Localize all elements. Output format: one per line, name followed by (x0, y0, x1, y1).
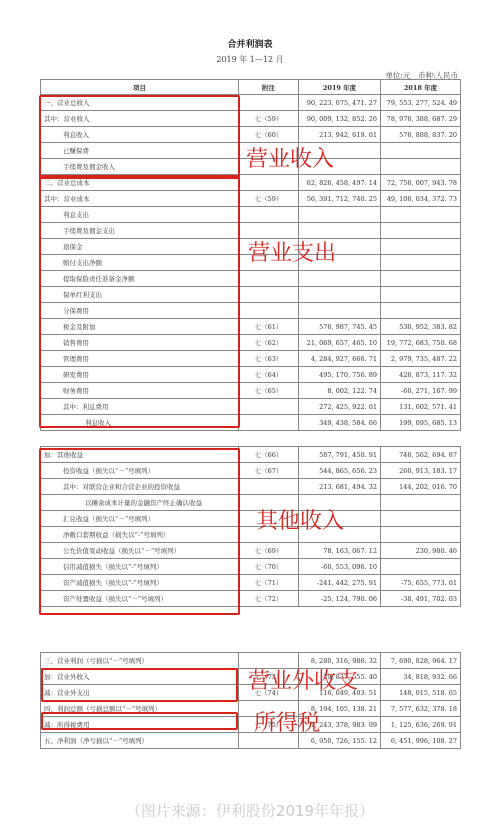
row-value-2018: 7, 577, 632, 378. 18 (381, 701, 461, 717)
row-note: 七（61） (239, 319, 299, 335)
row-value-2018: 530, 952, 383. 82 (381, 319, 461, 335)
row-value-2018: 72, 756, 007, 943. 78 (381, 175, 461, 191)
table-row: 提取保险责任准备金净额 (41, 271, 461, 287)
table-row: 分保费用 (41, 303, 461, 319)
row-note: 七（67） (239, 463, 299, 479)
table-row: 信用减值损失（损失以“-”号填列）七（70）-60, 553, 096. 10 (41, 559, 461, 575)
table-row: 资产减值损失（损失以“-”号填列）七（71）-241, 442, 275. 91… (41, 575, 461, 591)
row-value-2019: 21, 069, 657, 465. 10 (299, 335, 381, 351)
row-item-label: 退保金 (41, 239, 239, 255)
annotation-income-tax: 所得税 (254, 706, 320, 737)
table-row: 加：其他收益七（66）587, 791, 450. 91746, 562, 69… (41, 447, 461, 463)
table-row: 销售费用七（62）21, 069, 657, 465. 1019, 772, 6… (41, 335, 461, 351)
table-row: 减：所得税费用七（75）1, 243, 378, 983. 091, 125, … (41, 717, 461, 733)
statement-title: 合并利润表 (0, 37, 500, 50)
row-value-2018 (381, 143, 461, 159)
row-value-2019: 213, 681, 494. 32 (299, 479, 381, 495)
row-value-2018 (381, 207, 461, 223)
annotation-other-income: 其他收入 (256, 504, 344, 535)
table-header-row: 项目 附注 2019 年度 2018 年度 (41, 80, 461, 95)
row-value-2018 (381, 527, 461, 543)
table-row: 二、营业总成本82, 826, 458, 497. 1472, 756, 007… (41, 175, 461, 191)
row-value-2019 (299, 303, 381, 319)
row-item-label: 税金及附加 (41, 319, 239, 335)
row-item-label: 提取保险责任准备金净额 (41, 271, 239, 287)
table-row: 财务费用七（65）8, 002, 122. 74-60, 271, 167. 9… (41, 383, 461, 399)
row-note (239, 271, 299, 287)
annotation-operating-expense: 营业支出 (248, 236, 336, 267)
row-item-label: 销售费用 (41, 335, 239, 351)
header-note: 附注 (239, 80, 299, 95)
row-item-label: 减：所得税费用 (41, 717, 239, 733)
row-item-label: 赔付支出净额 (41, 255, 239, 271)
row-value-2019: 495, 170, 756. 89 (299, 367, 381, 383)
header-item: 项目 (41, 80, 239, 95)
row-item-label: 其中：营业收入 (41, 111, 239, 127)
row-item-label: 净敞口套期收益（损失以“-”号填列） (41, 527, 239, 543)
table-row: 资产处置收益（损失以“－”号填列）七（72）-25, 124, 790. 06-… (41, 591, 461, 607)
row-value-2019: 213, 942, 619. 01 (299, 127, 381, 143)
table-row: 其中：利息费用272, 425, 922. 01131, 602, 571. 4… (41, 399, 461, 415)
row-item-label: 五、净利润（净亏损以“－”号填列） (41, 733, 239, 749)
row-value-2018: 1, 125, 636, 269. 91 (381, 717, 461, 733)
row-note: 七（65） (239, 383, 299, 399)
table-row: 研发费用七（64）495, 170, 756. 89426, 873, 117.… (41, 367, 461, 383)
row-note: 七（59） (239, 191, 299, 207)
statement-period: 2019 年 1—12 月 (0, 54, 500, 65)
row-item-label: 管理费用 (41, 351, 239, 367)
row-item-label: 资产处置收益（损失以“－”号填列） (41, 591, 239, 607)
row-item-label: 利息支出 (41, 207, 239, 223)
row-item-label: 投资收益（损失以“－”号填列） (41, 463, 239, 479)
row-value-2018: -38, 491, 702. 03 (381, 591, 461, 607)
row-value-2019: -25, 124, 790. 06 (299, 591, 381, 607)
table-row: 以摊余成本计量的金融资产终止确认收益 (41, 495, 461, 511)
table-row: 利息收入349, 438, 584. 66199, 095, 685. 13 (41, 415, 461, 431)
row-item-label: 其中：营业成本 (41, 191, 239, 207)
row-value-2018: 199, 095, 685. 13 (381, 415, 461, 431)
row-value-2018: 34, 818, 932. 66 (381, 669, 461, 685)
row-note: 七（69） (239, 543, 299, 559)
row-item-label: 利息收入 (41, 415, 239, 431)
row-note (239, 303, 299, 319)
row-item-label: 信用减值损失（损失以“-”号填列） (41, 559, 239, 575)
row-note: 七（60） (239, 127, 299, 143)
row-value-2018: -60, 271, 167. 99 (381, 383, 461, 399)
table-row: 利息支出 (41, 207, 461, 223)
row-note (239, 287, 299, 303)
row-value-2018 (381, 303, 461, 319)
row-value-2019: -60, 553, 096. 10 (299, 559, 381, 575)
table-row: 汇兑收益（损失以“－”号填列） (41, 511, 461, 527)
row-value-2019: 78, 163, 067. 12 (299, 543, 381, 559)
row-note: 七（63） (239, 351, 299, 367)
table-row: 保单红利支出 (41, 287, 461, 303)
row-value-2019: 576, 987, 745. 45 (299, 319, 381, 335)
row-value-2019: -241, 442, 275. 91 (299, 575, 381, 591)
annotation-non-operating: 营业外收支 (248, 664, 358, 695)
row-item-label: 加：其他收益 (41, 447, 239, 463)
table-row: 管理费用七（63）4, 284, 927, 666. 712, 979, 735… (41, 351, 461, 367)
row-value-2018 (381, 239, 461, 255)
row-note: 七（72） (239, 591, 299, 607)
row-value-2019: 56, 391, 712, 740. 25 (299, 191, 381, 207)
table-row: 一、营业总收入90, 223, 075, 471. 2779, 553, 277… (41, 95, 461, 111)
row-note: 七（59） (239, 111, 299, 127)
header-2019: 2019 年度 (299, 80, 381, 95)
row-note: 七（71） (239, 575, 299, 591)
row-item-label: 以摊余成本计量的金融资产终止确认收益 (41, 495, 239, 511)
row-note: 七（64） (239, 367, 299, 383)
row-note (239, 415, 299, 431)
annotation-operating-income: 营业收入 (246, 142, 334, 173)
row-item-label: 保单红利支出 (41, 287, 239, 303)
row-value-2019: 349, 438, 584. 66 (299, 415, 381, 431)
row-value-2018: 230, 980. 46 (381, 543, 461, 559)
row-note: 七（70） (239, 559, 299, 575)
table-row: 其中：对联营企业和合营企业的投资收益213, 681, 494. 32144, … (41, 479, 461, 495)
table-row: 四、利润总额（亏损总额以“－”号填列）8, 194, 105, 138. 217… (41, 701, 461, 717)
row-item-label: 四、利润总额（亏损总额以“－”号填列） (41, 701, 239, 717)
row-note (239, 479, 299, 495)
row-note (239, 175, 299, 191)
row-value-2018 (381, 511, 461, 527)
row-value-2019 (299, 207, 381, 223)
row-value-2018 (381, 559, 461, 575)
row-item-label: 二、营业总成本 (41, 175, 239, 191)
row-item-label: 其中：利息费用 (41, 399, 239, 415)
row-note (239, 207, 299, 223)
row-note (239, 399, 299, 415)
row-value-2018: 131, 602, 571. 41 (381, 399, 461, 415)
row-value-2018 (381, 495, 461, 511)
row-value-2018: 148, 015, 518. 65 (381, 685, 461, 701)
row-item-label: 已赚保费 (41, 143, 239, 159)
row-item-label: 其中：对联营企业和合营企业的投资收益 (41, 479, 239, 495)
table-row: 投资收益（损失以“－”号填列）七（67）544, 865, 656. 23260… (41, 463, 461, 479)
row-value-2019: 90, 009, 132, 852. 26 (299, 111, 381, 127)
row-item-label: 加：营业外收入 (41, 669, 239, 685)
row-value-2018: 7, 690, 828, 964. 17 (381, 653, 461, 669)
row-value-2018: 78, 976, 388, 687. 29 (381, 111, 461, 127)
table-row: 其中：营业收入七（59）90, 009, 132, 852. 2678, 976… (41, 111, 461, 127)
row-value-2019: 272, 425, 922. 01 (299, 399, 381, 415)
image-source-caption: （图片来源：伊利股份2019年年报） (0, 800, 500, 821)
table-row: 公允价值变动收益（损失以“－”号填列）七（69）78, 163, 067. 12… (41, 543, 461, 559)
row-value-2019: 544, 865, 656. 23 (299, 463, 381, 479)
row-value-2018: -75, 655, 773. 01 (381, 575, 461, 591)
row-item-label: 利息收入 (41, 127, 239, 143)
table-row: 利息收入七（60）213, 942, 619. 01576, 888, 837.… (41, 127, 461, 143)
row-item-label: 一、营业总收入 (41, 95, 239, 111)
income-statement-table-other: 加：其他收益七（66）587, 791, 450. 91746, 562, 69… (40, 446, 461, 607)
row-item-label: 分保费用 (41, 303, 239, 319)
row-value-2018: 6, 451, 996, 108. 27 (381, 733, 461, 749)
row-value-2019: 8, 002, 122. 74 (299, 383, 381, 399)
row-item-label: 研发费用 (41, 367, 239, 383)
row-value-2018 (381, 223, 461, 239)
row-value-2018: 2, 979, 735, 487. 22 (381, 351, 461, 367)
row-value-2019 (299, 287, 381, 303)
row-value-2018: 19, 772, 683, 750. 68 (381, 335, 461, 351)
header-2018: 2018 年度 (381, 80, 461, 95)
row-value-2018: 79, 553, 277, 524. 49 (381, 95, 461, 111)
row-value-2019: 82, 826, 458, 497. 14 (299, 175, 381, 191)
row-item-label: 减：营业外支出 (41, 685, 239, 701)
row-item-label: 财务费用 (41, 383, 239, 399)
row-item-label: 公允价值变动收益（损失以“－”号填列） (41, 543, 239, 559)
row-value-2018: 426, 873, 117. 32 (381, 367, 461, 383)
row-value-2019 (299, 271, 381, 287)
row-note: 七（66） (239, 447, 299, 463)
row-value-2019: 90, 223, 075, 471. 27 (299, 95, 381, 111)
row-value-2018: 576, 888, 837. 20 (381, 127, 461, 143)
row-value-2018: 49, 106, 034, 372. 73 (381, 191, 461, 207)
row-note: 七（62） (239, 335, 299, 351)
row-value-2018 (381, 159, 461, 175)
row-value-2019: 4, 284, 927, 666. 71 (299, 351, 381, 367)
row-value-2018: 746, 562, 694. 87 (381, 447, 461, 463)
row-note (239, 95, 299, 111)
table-row: 净敞口套期收益（损失以“-”号填列） (41, 527, 461, 543)
row-value-2018 (381, 255, 461, 271)
row-value-2018 (381, 271, 461, 287)
row-item-label: 资产减值损失（损失以“-”号填列） (41, 575, 239, 591)
row-item-label: 手续费及佣金收入 (41, 159, 239, 175)
row-value-2019: 587, 791, 450. 91 (299, 447, 381, 463)
row-item-label: 手续费及佣金支出 (41, 223, 239, 239)
row-item-label: 三、营业利润（亏损以“－”号填列） (41, 653, 239, 669)
table-row: 其中：营业成本七（59）56, 391, 712, 740. 2549, 106… (41, 191, 461, 207)
row-item-label: 汇兑收益（损失以“－”号填列） (41, 511, 239, 527)
table-row: 税金及附加七（61）576, 987, 745. 45530, 952, 383… (41, 319, 461, 335)
row-value-2018: 260, 913, 183. 17 (381, 463, 461, 479)
row-value-2018 (381, 287, 461, 303)
row-value-2018: 144, 202, 016. 70 (381, 479, 461, 495)
table-row: 五、净利润（净亏损以“－”号填列）6, 950, 726, 155. 126, … (41, 733, 461, 749)
